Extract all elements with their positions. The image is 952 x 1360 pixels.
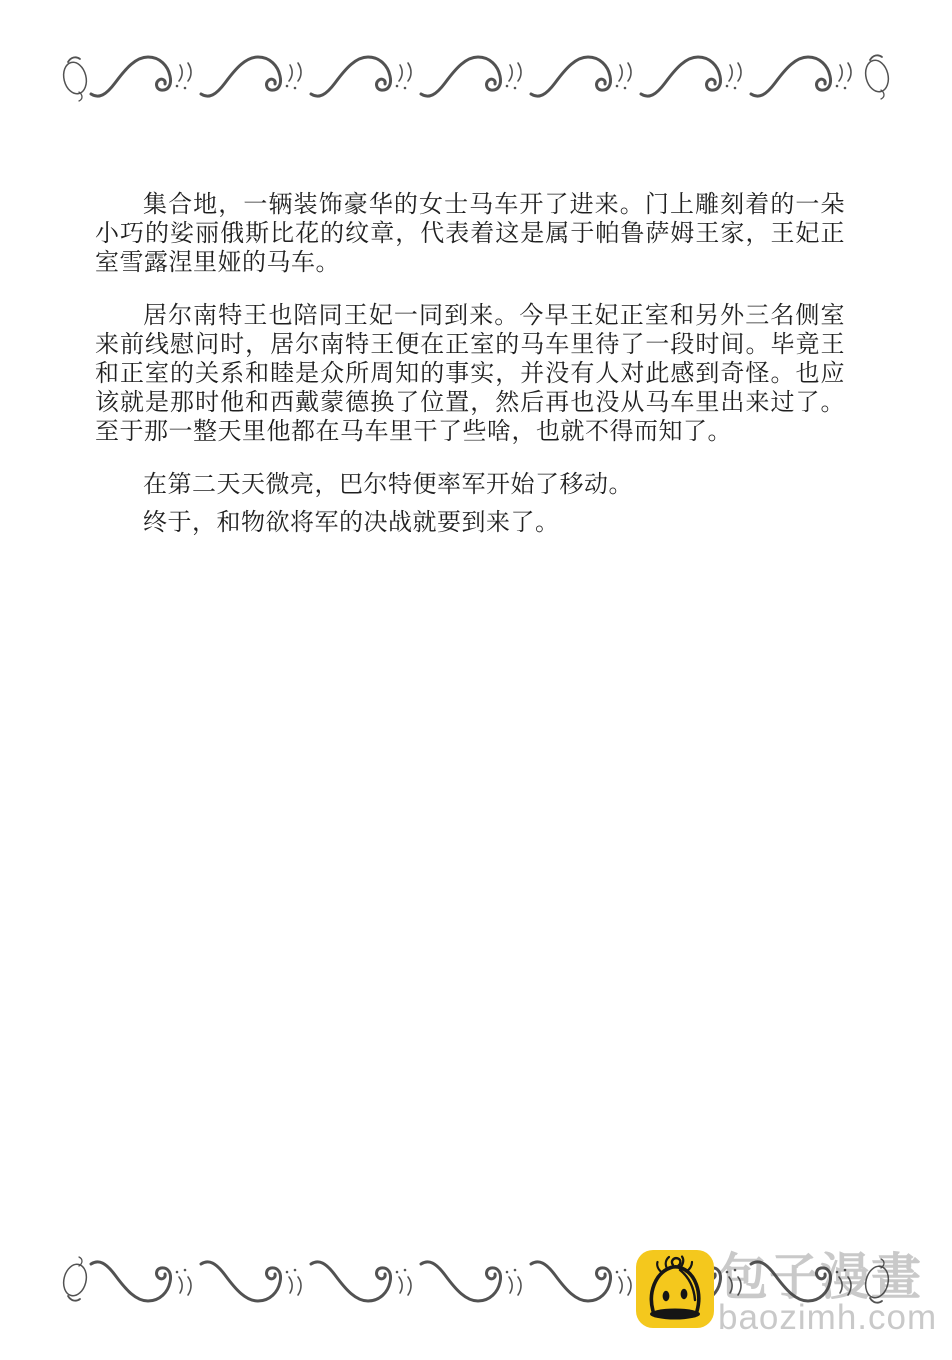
flourish-icon xyxy=(55,44,897,106)
novel-text: 集合地，一辆装饰豪华的女士马车开了进来。门上雕刻着的一朵小巧的娑丽俄斯比花的纹章… xyxy=(95,191,845,562)
flourish-border-top xyxy=(55,44,897,106)
baozi-bun-icon xyxy=(636,1250,714,1328)
baozi-logo xyxy=(636,1250,714,1328)
paragraph-4: 终于，和物欲将军的决战就要到来了。 xyxy=(95,509,845,538)
paragraph-1: 集合地，一辆装饰豪华的女士马车开了进来。门上雕刻着的一朵小巧的娑丽俄斯比花的纹章… xyxy=(95,191,845,278)
flourish-icon xyxy=(55,1252,897,1314)
paragraph-3: 在第二天天微亮，巴尔特便率军开始了移动。 xyxy=(95,471,845,500)
novel-page: 集合地，一辆装饰豪华的女士马车开了进来。门上雕刻着的一朵小巧的娑丽俄斯比花的纹章… xyxy=(0,0,952,1360)
paragraph-2: 居尔南特王也陪同王妃一同到来。今早王妃正室和另外三名侧室来前线慰问时，居尔南特王… xyxy=(95,302,845,447)
flourish-border-bottom xyxy=(55,1252,897,1314)
